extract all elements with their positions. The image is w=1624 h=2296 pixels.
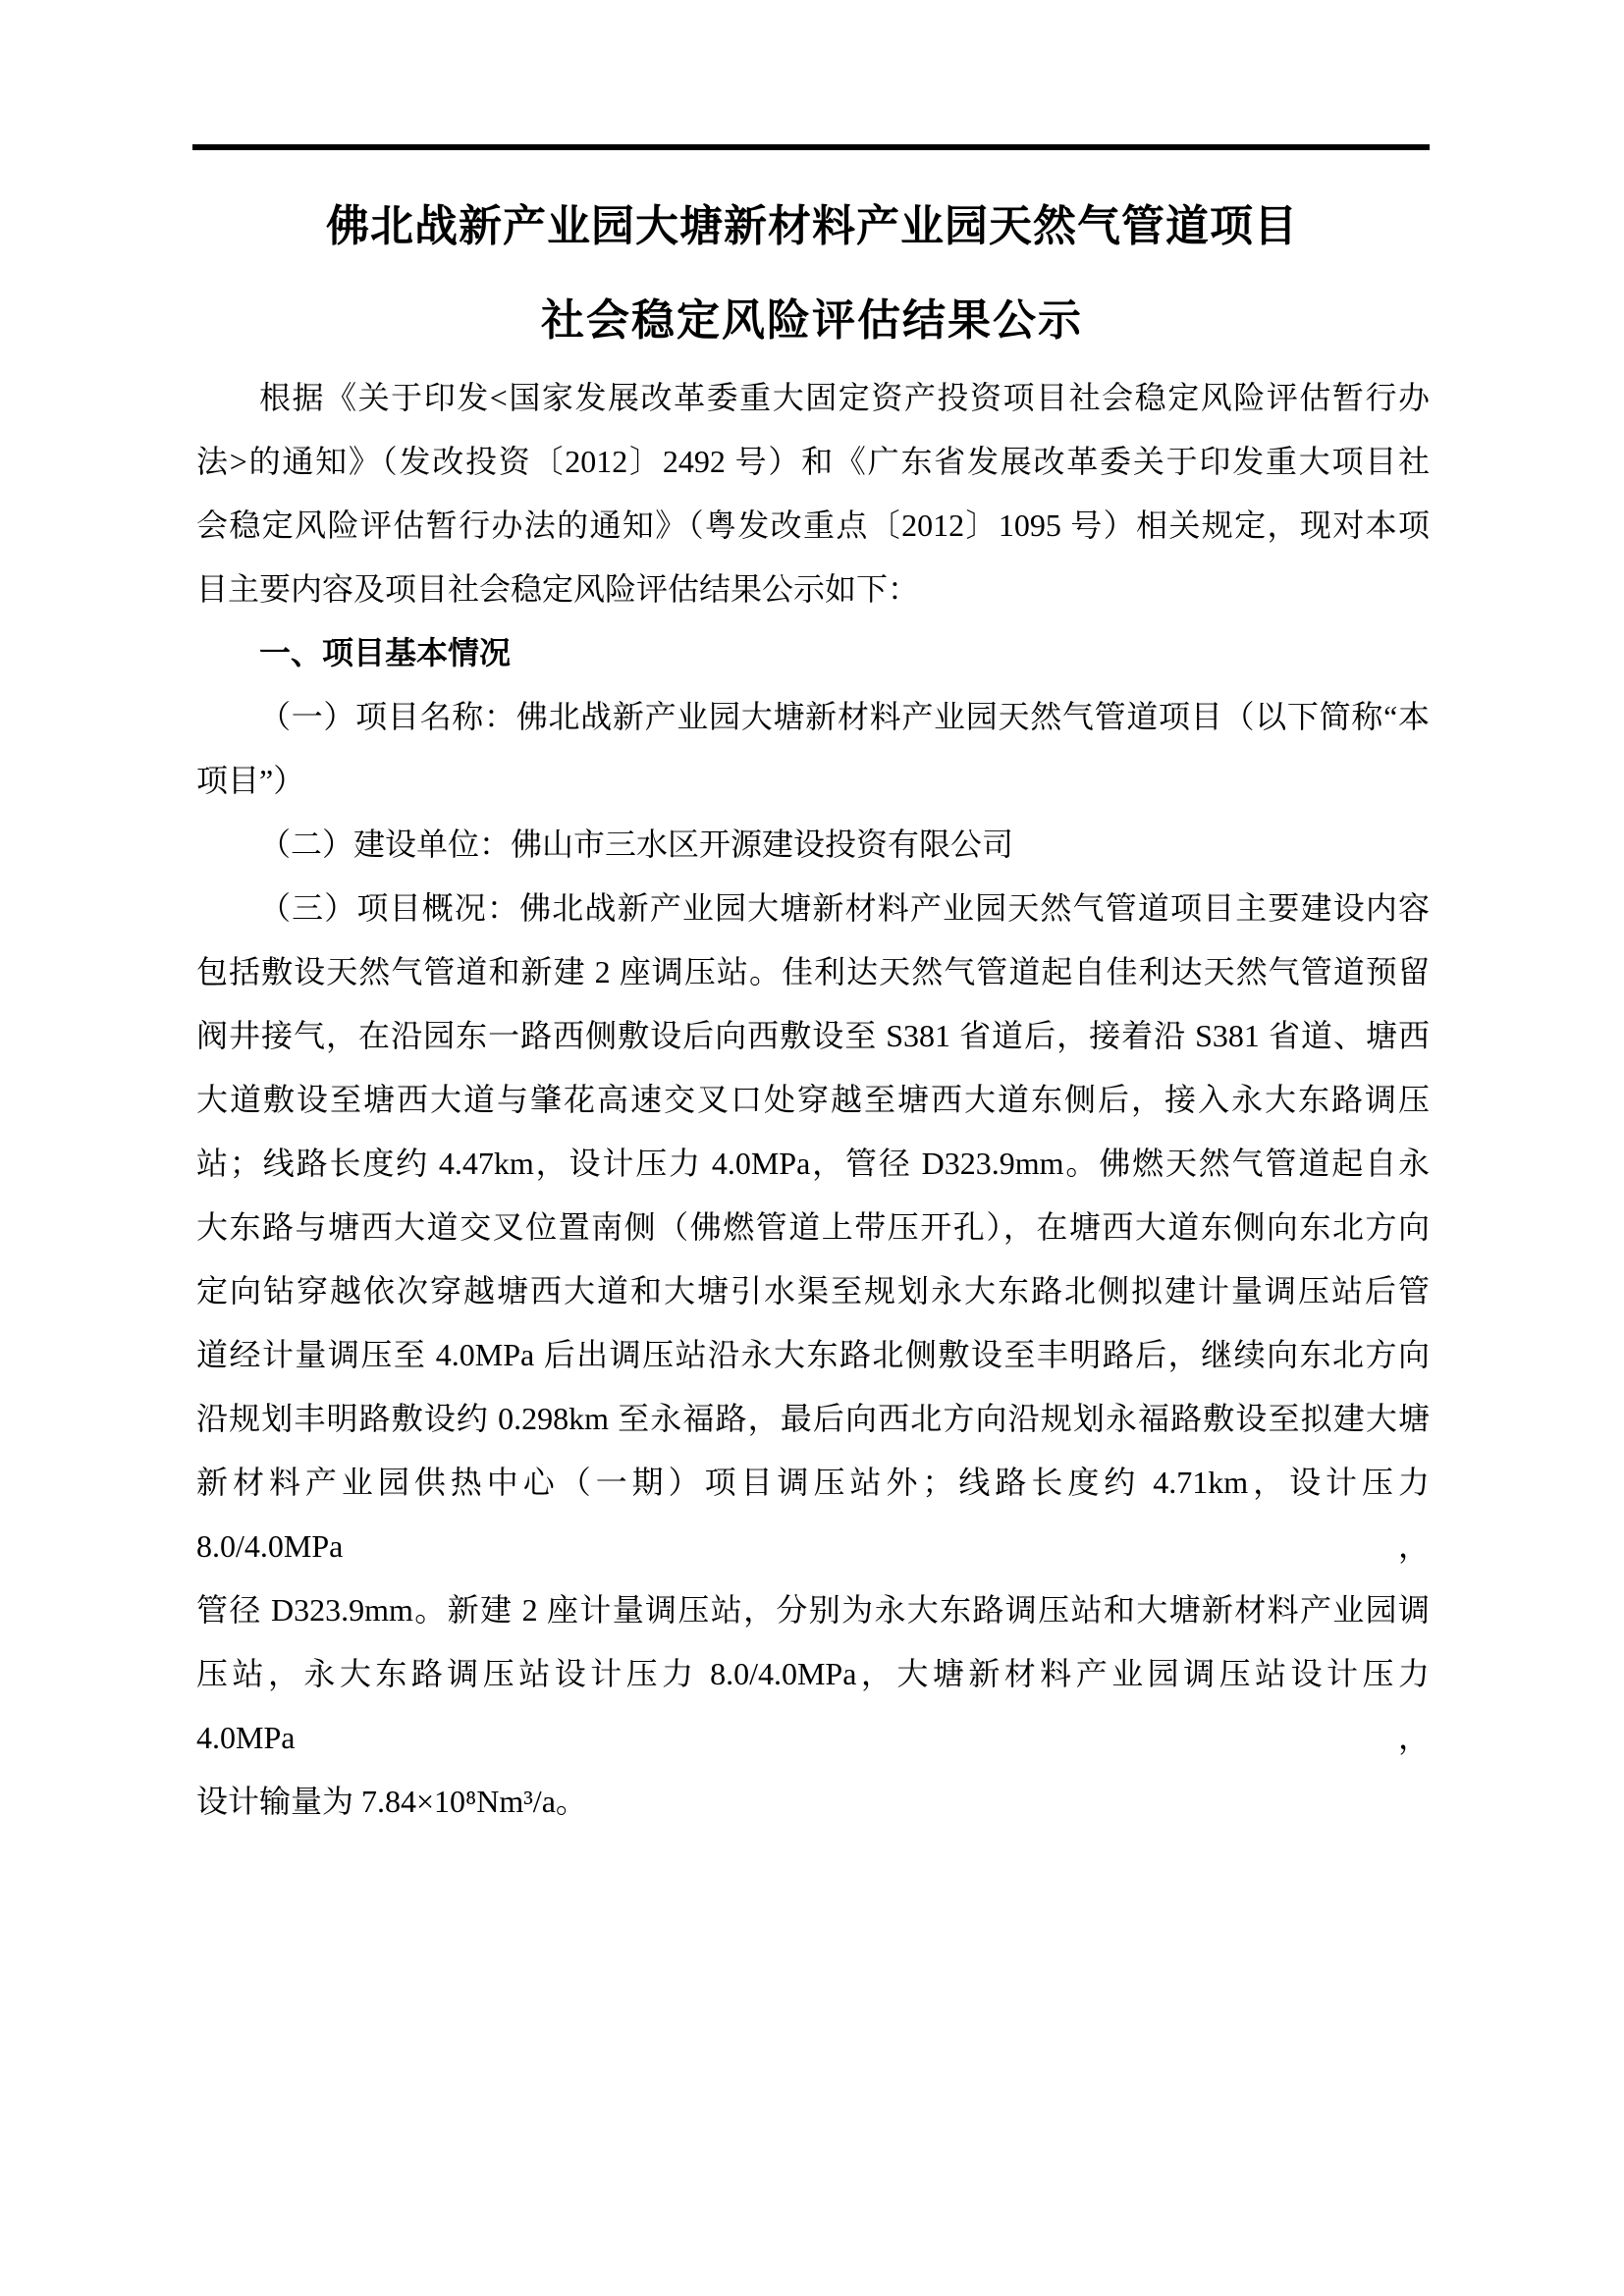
intro-line-4: 目主要内容及项目社会稳定风险评估结果公示如下： (196, 558, 1430, 621)
document-subtitle: 社会稳定风险评估结果公示 (0, 297, 1624, 345)
item3-line-9: 沿规划丰明路敷设约 0.298km 至永福路，最后向西北方向沿规划永福路敷设至拟… (196, 1387, 1430, 1451)
document-page: 佛北战新产业园大塘新材料产业园天然气管道项目 社会稳定风险评估结果公示 根据《关… (0, 0, 1624, 2296)
item1-line-1: （一）项目名称：佛北战新产业园大塘新材料产业园天然气管道项目（以下简称“本 (196, 685, 1430, 749)
item3-line-5: 站；线路长度约 4.47km，设计压力 4.0MPa，管径 D323.9mm。佛… (196, 1132, 1430, 1196)
item3-line-12: 压站，永大东路调压站设计压力 8.0/4.0MPa，大塘新材料产业园调压站设计压… (196, 1642, 1430, 1770)
intro-line-2: 法>的通知》（发改投资〔2012〕2492 号）和《广东省发展改革委关于印发重大… (196, 430, 1430, 494)
item3-line-13: 设计输量为 7.84×10⁸Nm³/a。 (196, 1770, 1430, 1834)
document-body: 根据《关于印发<国家发展改革委重大固定资产投资项目社会稳定风险评估暂行办 法>的… (196, 366, 1430, 1834)
item3-line-3: 阀井接气，在沿园东一路西侧敷设后向西敷设至 S381 省道后，接着沿 S381 … (196, 1004, 1430, 1068)
item3-line-7: 定向钻穿越依次穿越塘西大道和大塘引水渠至规划永大东路北侧拟建计量调压站后管 (196, 1259, 1430, 1323)
header-rule (192, 144, 1430, 150)
item3-line-4: 大道敷设至塘西大道与肇花高速交叉口处穿越至塘西大道东侧后，接入永大东路调压 (196, 1068, 1430, 1132)
intro-line-1: 根据《关于印发<国家发展改革委重大固定资产投资项目社会稳定风险评估暂行办 (196, 366, 1430, 430)
item3-line-1: （三）项目概况：佛北战新产业园大塘新材料产业园天然气管道项目主要建设内容 (196, 877, 1430, 940)
item3-line-10: 新材料产业园供热中心（一期）项目调压站外；线路长度约 4.71km，设计压力 8… (196, 1451, 1430, 1578)
section-heading: 一、项目基本情况 (196, 621, 1430, 685)
item3-line-2: 包括敷设天然气管道和新建 2 座调压站。佳利达天然气管道起自佳利达天然气管道预留 (196, 940, 1430, 1004)
item2-line-1: （二）建设单位：佛山市三水区开源建设投资有限公司 (196, 813, 1430, 877)
intro-line-3: 会稳定风险评估暂行办法的通知》（粤发改重点〔2012〕1095 号）相关规定，现… (196, 494, 1430, 558)
item1-line-2: 项目”） (196, 749, 1430, 813)
document-title: 佛北战新产业园大塘新材料产业园天然气管道项目 (0, 203, 1624, 250)
item3-line-6: 大东路与塘西大道交叉位置南侧（佛燃管道上带压开孔），在塘西大道东侧向东北方向 (196, 1196, 1430, 1259)
item3-line-8: 道经计量调压至 4.0MPa 后出调压站沿永大东路北侧敷设至丰明路后，继续向东北… (196, 1323, 1430, 1387)
item3-line-11: 管径 D323.9mm。新建 2 座计量调压站，分别为永大东路调压站和大塘新材料… (196, 1578, 1430, 1642)
